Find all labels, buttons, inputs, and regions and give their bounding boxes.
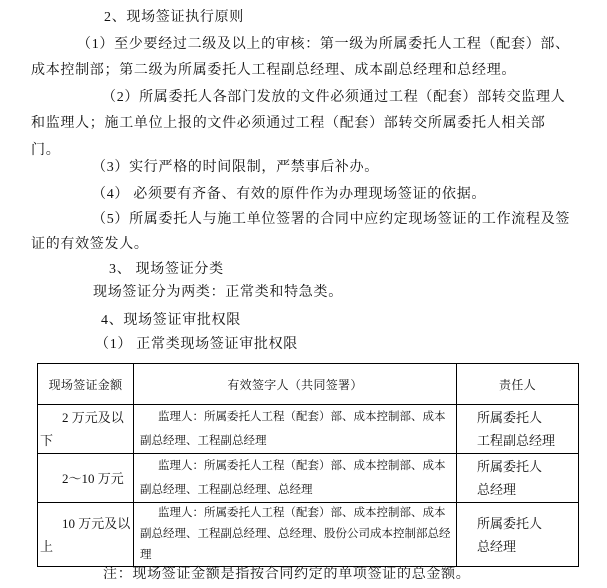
table-row: 2 万元及以 下 监理人：所属委托人工程（配套）部、成本控制部、成本 副总经理、… — [38, 405, 579, 454]
body-text-line: （5）所属委托人与施工单位签署的合同中应约定现场签证的工作流程及签 — [92, 211, 570, 229]
table-row: 10 万元及以 上 监理人：所属委托人工程（配套）部、成本控制部、成本 副总经理… — [38, 503, 579, 567]
responsible-line: 所属委托人 — [457, 455, 578, 478]
document-page: { "page": { "background_color": "#ffffff… — [0, 0, 607, 588]
signers-line: 理 — [134, 545, 456, 566]
signers-line: 副总经理、工程副总经理、总经理 — [134, 478, 456, 502]
signers-line: 副总经理、工程副总经理、总经理、股份公司成本控制部总经 — [134, 524, 456, 545]
body-text-line: 证的有效签发人。 — [31, 236, 149, 254]
body-text-line: 现场签证分为两类：正常类和特急类。 — [93, 284, 343, 302]
body-text-line: （1） 正常类现场签证审批权限 — [95, 336, 298, 354]
amount-line: 2 万元及以 — [38, 406, 133, 429]
body-text-line: 门。 — [31, 142, 60, 160]
amount-cell: 2 万元及以 下 — [38, 405, 134, 454]
table-header-responsible: 责任人 — [457, 364, 579, 405]
responsible-line: 工程副总经理 — [457, 429, 578, 452]
responsible-line: 总经理 — [457, 478, 578, 501]
body-text-line: （1）至少要经过二级及以上的审核：第一级为所属委托人工程（配套）部、 — [77, 36, 570, 54]
section-2-heading: 2、现场签证执行原则 — [104, 9, 244, 27]
signers-line: 监理人：所属委托人工程（配套）部、成本控制部、成本 — [134, 405, 456, 429]
amount-line: 2～10 万元 — [38, 467, 133, 490]
body-text-line: （3）实行严格的时间限制，严禁事后补办。 — [92, 159, 379, 177]
table-header-signers: 有效签字人（共同签署） — [134, 364, 457, 405]
table-header-row: 现场签证金额 有效签字人（共同签署） 责任人 — [38, 364, 579, 405]
responsible-line: 所属委托人 — [457, 406, 578, 429]
signers-line: 监理人：所属委托人工程（配套）部、成本控制部、成本 — [134, 503, 456, 524]
responsible-cell: 所属委托人 工程副总经理 — [457, 405, 579, 454]
body-text-line: （4） 必须要有齐备、有效的原件作为办理现场签证的依据。 — [92, 186, 486, 204]
amount-line: 上 — [38, 535, 133, 558]
responsible-cell: 所属委托人 总经理 — [457, 454, 579, 503]
amount-line: 下 — [38, 429, 133, 452]
signers-line: 监理人：所属委托人工程（配套）部、成本控制部、成本 — [134, 454, 456, 478]
section-4-heading: 4、现场签证审批权限 — [101, 312, 241, 330]
signers-cell: 监理人：所属委托人工程（配套）部、成本控制部、成本 副总经理、工程副总经理 — [134, 405, 457, 454]
table-header-amount: 现场签证金额 — [38, 364, 134, 405]
body-text-line: 成本控制部；第二级为所属委托人工程副总经理、成本副总经理和总经理。 — [31, 62, 516, 80]
amount-cell: 10 万元及以 上 — [38, 503, 134, 567]
responsible-cell: 所属委托人 总经理 — [457, 503, 579, 567]
responsible-line: 所属委托人 — [457, 512, 578, 535]
note-line: 注：现场签证金额是指按合同约定的单项签证的总金额。 — [103, 566, 471, 584]
table-row: 2～10 万元 监理人：所属委托人工程（配套）部、成本控制部、成本 副总经理、工… — [38, 454, 579, 503]
body-text-line: （2）所属委托人各部门发放的文件必须通过工程（配套）部转交监理人 — [102, 89, 565, 107]
signers-line: 副总经理、工程副总经理 — [134, 429, 456, 453]
responsible-line: 总经理 — [457, 535, 578, 558]
body-text-line: 和监理人；施工单位上报的文件必须通过工程（配套）部转交所属委托人相关部 — [31, 115, 546, 133]
section-3-heading: 3、 现场签证分类 — [109, 261, 224, 279]
approval-authority-table: 现场签证金额 有效签字人（共同签署） 责任人 2 万元及以 下 监理人：所属委托… — [37, 363, 579, 567]
amount-cell: 2～10 万元 — [38, 454, 134, 503]
signers-cell: 监理人：所属委托人工程（配套）部、成本控制部、成本 副总经理、工程副总经理、总经… — [134, 503, 457, 567]
signers-cell: 监理人：所属委托人工程（配套）部、成本控制部、成本 副总经理、工程副总经理、总经… — [134, 454, 457, 503]
amount-line: 10 万元及以 — [38, 512, 133, 535]
